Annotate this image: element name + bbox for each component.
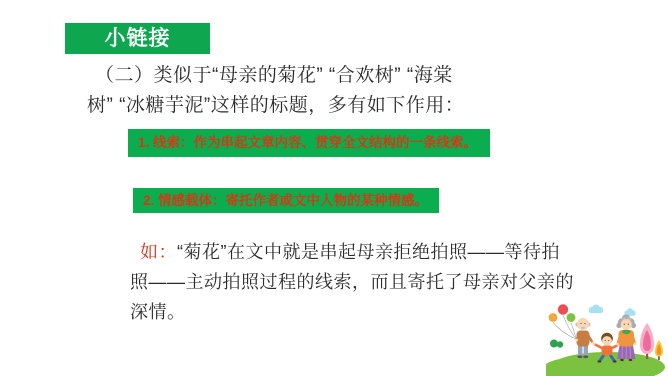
pink-tree — [640, 323, 654, 359]
section-badge: 小链接 — [65, 23, 210, 54]
example-line-3: 深情。 — [130, 297, 610, 327]
intro-paragraph: （二）类似于“母亲的菊花” “合欢树” “海棠 树” “冰糖芋泥”这样的标题，多… — [87, 61, 627, 121]
example-paragraph: 如：“菊花”在文中就是串起母亲拒绝拍照——等待拍 照——主动拍照过程的线索，而且… — [130, 237, 610, 327]
bush — [550, 340, 563, 348]
family-illustration — [546, 297, 668, 376]
example-prefix: 如： — [140, 242, 177, 262]
intro-line-2: 树” “冰糖芋泥”这样的标题，多有如下作用： — [87, 91, 627, 121]
clouds — [589, 305, 636, 316]
example-line-1-text: “菊花”在文中就是串起母亲拒绝拍照——等待拍 — [177, 242, 560, 262]
grandmother — [616, 314, 636, 361]
balloons — [549, 304, 577, 339]
slide: 小链接 （二）类似于“母亲的菊花” “合欢树” “海棠 树” “冰糖芋泥”这样的… — [0, 0, 668, 376]
point-1-highlight: 1. 线索：作为串起文章内容、贯穿全文结构的一条线索。 — [128, 129, 490, 157]
intro-line-1: （二）类似于“母亲的菊花” “合欢树” “海棠 — [87, 61, 627, 91]
yellow-tree — [655, 340, 663, 360]
point-2-highlight: 2. 情感载体：寄托作者或文中人物的某种情感。 — [133, 188, 439, 213]
example-line-1: 如：“菊花”在文中就是串起母亲拒绝拍照——等待拍 — [130, 237, 610, 267]
example-line-2: 照——主动拍照过程的线索，而且寄托了母亲对父亲的 — [130, 267, 610, 297]
grandfather — [575, 318, 594, 358]
